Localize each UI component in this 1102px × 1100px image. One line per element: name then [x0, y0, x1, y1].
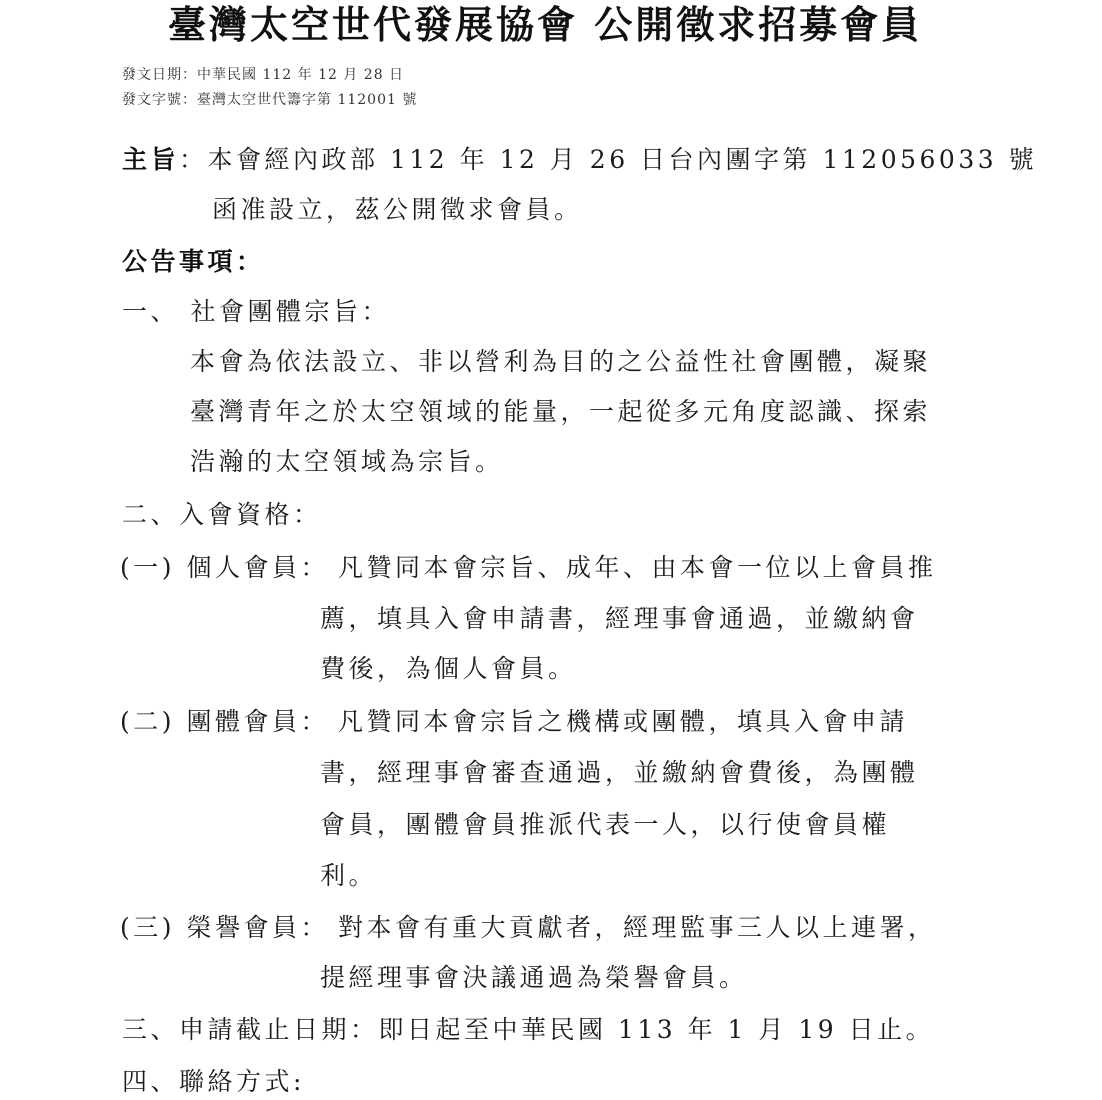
- subject-label: 主旨: [122, 145, 179, 174]
- item-individual-line-1: 凡贊同本會宗旨、成年、由本會一位以上會員推: [338, 555, 937, 580]
- item-group-line-4: 利。: [320, 863, 377, 888]
- section-1-line-1: 本會為依法設立、非以營利為目的之公益性社會團體，凝聚: [190, 349, 931, 374]
- section-1-line-3: 浩瀚的太空領域為宗旨。: [190, 449, 504, 474]
- item-group-line-1: 凡贊同本會宗旨之機構或團體，填具入會申請: [338, 709, 908, 734]
- section-2-heading: 二、入會資格：: [122, 502, 322, 527]
- item-honorary-label: (三) 榮譽會員：: [120, 915, 329, 940]
- subject-text-1: 本會經內政部 112 年 12 月 26 日台內團字第 112056033 號: [208, 145, 1038, 174]
- item-group-label: (二) 團體會員：: [120, 709, 329, 734]
- subject-line-2: 函准設立，茲公開徵求會員。: [212, 197, 583, 222]
- item-individual-label: (一) 個人會員：: [120, 555, 329, 580]
- notice-heading: 公告事項：: [122, 249, 265, 274]
- item-honorary-line-1: 對本會有重大貢獻者，經理監事三人以上連署，: [338, 915, 937, 940]
- item-individual-line-3: 費後，為個人會員。: [320, 656, 577, 681]
- document-title: 臺灣太空世代發展協會 公開徵求招募會員: [168, 6, 922, 44]
- issue-number: 發文字號：臺灣太空世代籌字第 112001 號: [122, 93, 417, 107]
- item-group-line-3: 會員，團體會員推派代表一人，以行使會員權: [320, 812, 890, 837]
- subject-line-1: 主旨：本會經內政部 112 年 12 月 26 日台內團字第 112056033…: [122, 147, 1037, 172]
- item-individual-line-2: 薦，填具入會申請書，經理事會通過，並繳納會: [320, 606, 919, 631]
- section-3-deadline: 三、申請截止日期：即日起至中華民國 113 年 1 月 19 日止。: [122, 1017, 934, 1042]
- item-group-line-2: 書，經理事會審查通過，並繳納會費後，為團體: [320, 760, 919, 785]
- issue-date: 發文日期：中華民國 112 年 12 月 28 日: [122, 68, 404, 82]
- item-honorary-line-2: 提經理事會決議通過為榮譽會員。: [320, 965, 748, 990]
- section-1-line-2: 臺灣青年之於太空領域的能量，一起從多元角度認識、探索: [190, 399, 931, 424]
- section-4-contact: 四、聯絡方式:: [122, 1069, 305, 1094]
- subject-colon: ：: [179, 145, 208, 174]
- section-1-heading: 一、 社會團體宗旨：: [122, 299, 390, 324]
